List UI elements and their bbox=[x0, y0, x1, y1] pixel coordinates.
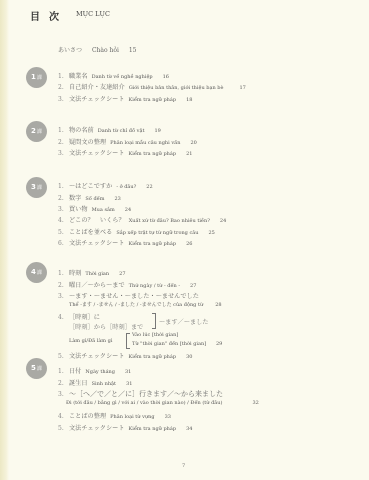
toc-entry-subline: Thể -ます / -ません / -ました / -ませんでした của động… bbox=[69, 301, 222, 308]
toc-entry[interactable]: 2.曜日／〜から〜までThứ ngày / từ - đến -27 bbox=[58, 280, 196, 289]
toc-entry[interactable]: 4.［時刻］に bbox=[58, 312, 104, 321]
toc-entry[interactable]: 2.自己紹介・友達紹介Giới thiệu bản thân, giới thi… bbox=[58, 82, 246, 91]
toc-entry[interactable]: 5.ことばを並べるSắp xếp trật tự từ ngữ trong câ… bbox=[58, 227, 215, 236]
toc-entry[interactable]: 5.文法チェックシートKiểm tra ngữ pháp34 bbox=[58, 423, 192, 432]
toc-entry[interactable]: 3.買い物Mua sắm24 bbox=[58, 204, 131, 213]
page-title-jp: 目次 bbox=[30, 8, 68, 23]
toc-entry[interactable]: 3.〜［へ／で／と／に］行きます／〜から来ました bbox=[58, 389, 227, 399]
page-title-vn: MỤC LỤC bbox=[76, 10, 110, 18]
left-bracket bbox=[126, 333, 130, 349]
entry-jp: あいさつ bbox=[58, 47, 82, 54]
toc-entry[interactable]: 1.時刻Thời gian27 bbox=[58, 268, 126, 277]
toc-entry[interactable]: 3.文法チェックシートKiểm tra ngữ pháp21 bbox=[58, 148, 192, 157]
toc-entry[interactable]: 4.どこの？ いくら？Xuất xứ từ đâu? Bao nhiêu tiề… bbox=[58, 215, 226, 224]
toc-entry-subline: Đi (tới đâu / bằng gì / với ai / vào thờ… bbox=[66, 400, 259, 406]
right-bracket bbox=[152, 313, 156, 329]
toc-entry[interactable]: 3.文法チェックシートKiểm tra ngữ pháp18 bbox=[58, 94, 192, 103]
toc-entry[interactable]: 2.疑問文の整理Phân loại mẫu câu nghi vấn20 bbox=[58, 137, 197, 146]
toc-entry[interactable]: 4.ことばの整理Phân loại từ vựng33 bbox=[58, 411, 171, 420]
lesson-badge-1: 1課 bbox=[26, 67, 47, 88]
toc-entry-vn-line1: Vào lúc [thời gian] bbox=[132, 332, 178, 338]
toc-entry-vn-lead: Làm gì/Đã làm gì bbox=[69, 338, 112, 344]
toc-entry-jp-line2: ［時刻］から［時刻］まで bbox=[69, 322, 143, 331]
toc-entry-page: 29 bbox=[216, 341, 222, 347]
page-number: 7 bbox=[182, 463, 185, 469]
toc-entry[interactable]: 6.文法チェックシートKiểm tra ngữ pháp26 bbox=[58, 238, 192, 247]
toc-entry[interactable]: 1.日付Ngày tháng31 bbox=[58, 366, 131, 375]
lesson-badge-5: 5課 bbox=[26, 358, 47, 379]
lesson-badge-3: 3課 bbox=[26, 177, 47, 198]
toc-entry-greeting[interactable]: あいさつ Chào hỏi 15 bbox=[58, 45, 144, 54]
toc-entry[interactable]: 5.文法チェックシートKiểm tra ngữ pháp30 bbox=[58, 351, 192, 360]
entry-vn: Chào hỏi bbox=[92, 47, 119, 54]
toc-entry[interactable]: 3.〜ます・〜ません・〜ました・〜ませんでした bbox=[58, 291, 203, 300]
toc-entry-jp-right: 〜ます／〜ました bbox=[159, 317, 209, 326]
entry-page: 15 bbox=[129, 47, 137, 54]
toc-entry[interactable]: 1.職業名Danh từ về nghề nghiệp16 bbox=[58, 71, 169, 80]
page-gutter bbox=[0, 0, 9, 480]
toc-entry-vn-line2: Từ "thời gian" đến [thời gian] bbox=[132, 341, 206, 347]
toc-entry[interactable]: 1.物の名前Danh từ chỉ đồ vật19 bbox=[58, 125, 161, 134]
lesson-badge-4: 4課 bbox=[26, 262, 47, 283]
toc-entry[interactable]: 2.誕生日Sinh nhật31 bbox=[58, 378, 132, 387]
lesson-badge-2: 2課 bbox=[26, 121, 47, 142]
toc-entry[interactable]: 1.〜はどこですか- ở đâu?22 bbox=[58, 181, 153, 190]
toc-entry[interactable]: 2.数字Số đếm23 bbox=[58, 193, 121, 202]
